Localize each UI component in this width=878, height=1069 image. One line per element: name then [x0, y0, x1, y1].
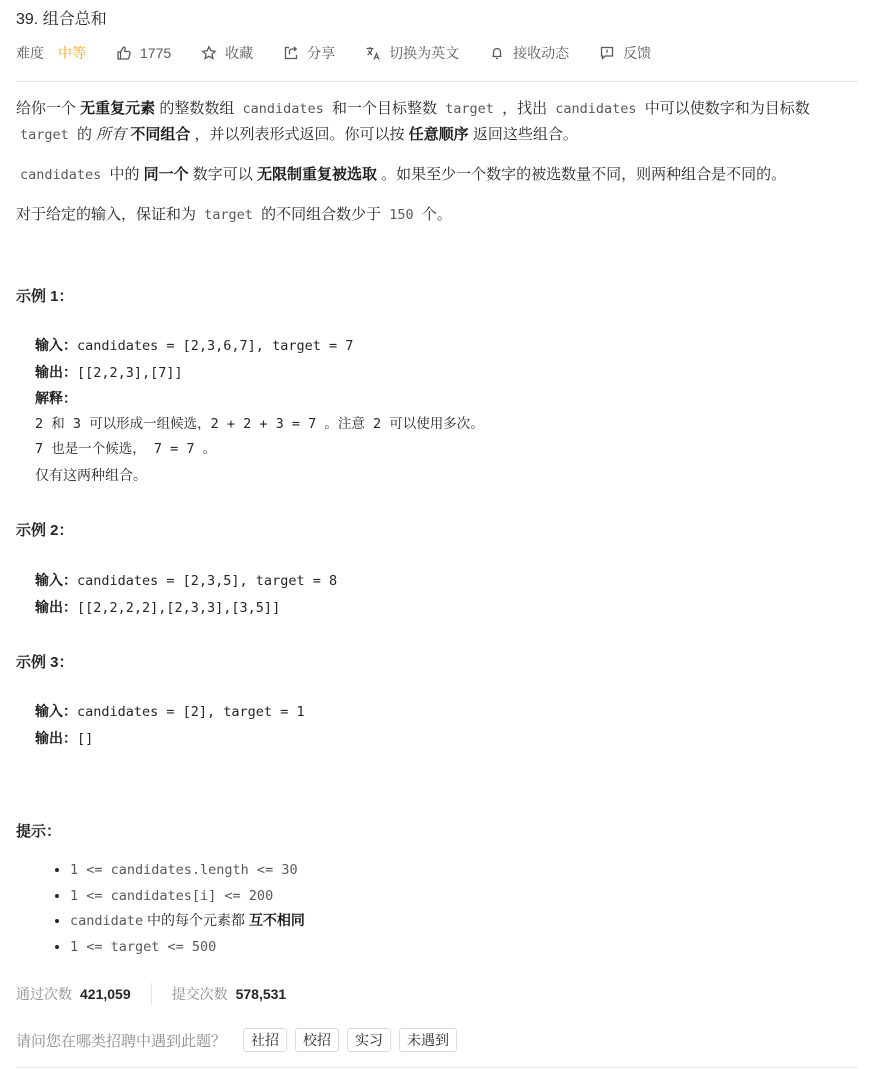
survey-option-not-encountered[interactable]: 未遇到 — [399, 1028, 457, 1052]
example-1-output: 输出：[[2,2,3],[7]] — [35, 360, 484, 387]
hints-list: 1 <= candidates.length <= 30 1 <= candid… — [16, 857, 305, 959]
translate-icon — [365, 45, 381, 61]
inline-code: 150 — [385, 207, 417, 223]
example-1-explain-line: 7 也是一个候选， 7 = 7 。 — [35, 437, 484, 463]
example-1-block: 输入：candidates = [2,3,6,7], target = 7 输出… — [35, 333, 484, 488]
hint-item: 1 <= target <= 500 — [70, 934, 305, 960]
switch-language-button[interactable]: 切换为英文 — [365, 43, 459, 63]
subscribe-label: 接收动态 — [513, 43, 569, 63]
switch-language-label: 切换为英文 — [389, 43, 459, 63]
feedback-label: 反馈 — [623, 43, 651, 63]
inline-code: candidates — [239, 101, 328, 117]
favorite-label: 收藏 — [225, 43, 253, 63]
description-paragraph-2: candidates 中的 同一个 数字可以 无限制重复被选取 。如果至少一个数… — [16, 162, 858, 188]
example-2-title: 示例 2： — [16, 519, 74, 540]
hint-item: 1 <= candidates[i] <= 200 — [70, 883, 305, 909]
like-count: 1775 — [140, 45, 171, 61]
example-3-input: 输入：candidates = [2], target = 1 — [35, 699, 305, 726]
hint-item: candidate 中的每个元素都 互不相同 — [70, 908, 305, 934]
submissions-label: 提交次数 — [172, 984, 228, 1004]
example-2-output: 输出：[[2,2,2,2],[2,3,3],[3,5]] — [35, 595, 337, 622]
share-label: 分享 — [307, 43, 335, 63]
stats-separator — [151, 983, 152, 1005]
submission-stats: 通过次数 421,059 提交次数 578,531 — [16, 983, 286, 1005]
like-button[interactable]: 1775 — [116, 45, 171, 61]
inline-code: target — [441, 101, 498, 117]
submissions-count: 578,531 — [236, 986, 287, 1002]
example-1-explain-line: 仅有这两种组合。 — [35, 463, 484, 489]
hints-title: 提示： — [16, 820, 61, 841]
example-1-explain-line: 2 和 3 可以形成一组候选，2 + 2 + 3 = 7 。注意 2 可以使用多… — [35, 412, 484, 438]
problem-description: 给你一个 无重复元素 的整数数组 candidates 和一个目标整数 targ… — [16, 96, 858, 228]
inline-code: candidates — [551, 101, 640, 117]
subscribe-button[interactable]: 接收动态 — [489, 43, 569, 63]
share-icon — [283, 45, 299, 61]
inline-code: candidates — [16, 167, 105, 183]
survey-option-internship[interactable]: 实习 — [347, 1028, 391, 1052]
bell-icon — [489, 45, 505, 61]
hint-item: 1 <= candidates.length <= 30 — [70, 857, 305, 883]
accepted-count: 421,059 — [80, 986, 131, 1002]
difficulty-badge: 中等 — [58, 43, 86, 63]
feedback-button[interactable]: 反馈 — [599, 43, 651, 63]
problem-meta-bar: 难度 中等 1775 收藏 分享 — [16, 43, 681, 63]
header-divider — [16, 81, 858, 82]
inline-code: target — [200, 207, 257, 223]
accepted-label: 通过次数 — [16, 984, 72, 1004]
example-3-title: 示例 3： — [16, 651, 74, 672]
problem-title: 39. 组合总和 — [16, 10, 107, 30]
star-icon — [201, 45, 217, 61]
interview-survey: 请问您在哪类招聘中遇到此题？ 社招 校招 实习 未遇到 — [16, 1028, 465, 1052]
share-button[interactable]: 分享 — [283, 43, 335, 63]
example-2-input: 输入：candidates = [2,3,5], target = 8 — [35, 568, 337, 595]
example-2-block: 输入：candidates = [2,3,5], target = 8 输出：[… — [35, 568, 337, 621]
description-paragraph-1: 给你一个 无重复元素 的整数数组 candidates 和一个目标整数 targ… — [16, 96, 858, 148]
difficulty-label: 难度 — [16, 43, 44, 63]
survey-option-campus[interactable]: 校招 — [295, 1028, 339, 1052]
inline-code: target — [16, 127, 73, 143]
feedback-icon — [599, 45, 615, 61]
footer-divider — [16, 1067, 858, 1068]
example-1-input: 输入：candidates = [2,3,6,7], target = 7 — [35, 333, 484, 360]
description-paragraph-3: 对于给定的输入，保证和为 target 的不同组合数少于 150 个。 — [16, 202, 858, 228]
example-1-explain-label: 解释： — [35, 386, 484, 412]
survey-question: 请问您在哪类招聘中遇到此题？ — [16, 1030, 226, 1051]
example-1-title: 示例 1： — [16, 285, 74, 306]
survey-option-social[interactable]: 社招 — [243, 1028, 287, 1052]
favorite-button[interactable]: 收藏 — [201, 43, 253, 63]
thumbs-up-icon — [116, 45, 132, 61]
example-3-block: 输入：candidates = [2], target = 1 输出：[] — [35, 699, 305, 752]
example-3-output: 输出：[] — [35, 726, 305, 753]
